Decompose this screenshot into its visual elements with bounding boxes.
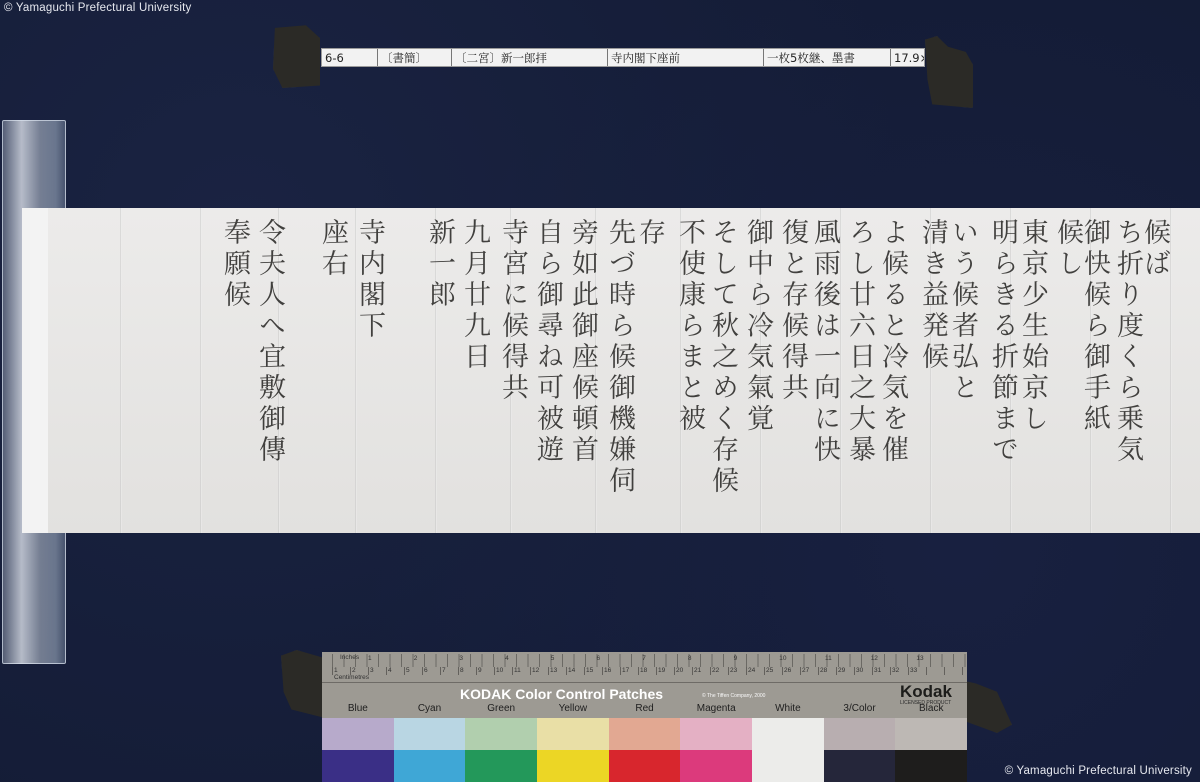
color-patch-3-color [824, 718, 896, 782]
ruler-inch-number: 5 [551, 655, 555, 662]
label-cell: 〔書簡〕 [378, 49, 452, 66]
paper-end-sheet [22, 208, 48, 533]
handwriting-column: 新一郎 [426, 218, 453, 312]
ruler-cm-number: 24 [748, 667, 755, 674]
ruler-cm-number: 18 [640, 667, 647, 674]
patch-light [609, 718, 681, 750]
patch-dark [465, 750, 537, 782]
patch-label: Black [895, 703, 967, 717]
ruler-cm-number: 21 [694, 667, 701, 674]
color-patches [322, 718, 967, 782]
handwriting-column: 寺宮に候得共 [499, 218, 526, 405]
ruler-inch-number: 6 [597, 655, 601, 662]
handwritten-letter: 候ばち折り度くら乗気御快候ら御手紙候し東京少生始京し明らきる折節までいう候者弘と… [22, 208, 1200, 533]
ruler-cm-number: 32 [892, 667, 899, 674]
ruler-inch-number: 3 [459, 655, 463, 662]
kodak-card-copyright: © The Tiffen Company, 2000 [702, 693, 765, 699]
handwriting-column: 寺内閣下 [356, 218, 383, 343]
color-patch-blue [322, 718, 394, 782]
ruler-cm-number: 14 [568, 667, 575, 674]
handwriting-column: 候し [1054, 218, 1081, 281]
handwriting-column: 清き益発候 [919, 218, 946, 374]
color-patch-magenta [680, 718, 752, 782]
patch-label: Cyan [394, 703, 466, 717]
kodak-logo: Kodak [900, 682, 952, 702]
ruler-cm-number: 20 [676, 667, 683, 674]
ruler-cm-number: 25 [766, 667, 773, 674]
handwriting-column: 座右 [319, 218, 346, 281]
patch-light [394, 718, 466, 750]
ruler-inch-number: 1 [368, 655, 372, 662]
catalog-label-strip: 6-6〔書簡〕〔二宮〕新一郎拝寺内閣下座前一枚5枚継、墨書17.9× [321, 48, 925, 67]
ruler-inch-number: 8 [688, 655, 692, 662]
ruler-inch-number: 10 [779, 655, 786, 662]
label-cell: 寺内閣下座前 [608, 49, 764, 66]
ruler-cm-number: 28 [820, 667, 827, 674]
ruler-cm-number: 16 [604, 667, 611, 674]
copyright-bottom: © Yamaguchi Prefectural University [1005, 765, 1192, 777]
ruler-cm-number: 5 [406, 667, 410, 674]
handwriting-column: 奉願候 [221, 218, 248, 312]
label-cell: 〔二宮〕新一郎拝 [452, 49, 608, 66]
handwriting-column: よ候ると冷気を催 [879, 218, 906, 467]
handwriting-column: 風雨後は一向に快 [811, 218, 838, 467]
handwriting-column: 九月廿九日 [461, 218, 488, 374]
ruler-inch-number: 7 [642, 655, 646, 662]
patch-label: Yellow [537, 703, 609, 717]
handwriting-column: 御快候ら御手紙 [1081, 218, 1108, 436]
handwriting-column: いう候者弘と [949, 218, 976, 405]
color-patch-cyan [394, 718, 466, 782]
ruler-inch-number: 4 [505, 655, 509, 662]
color-patch-white [752, 718, 824, 782]
handwriting-column: ち折り度くら乗気 [1114, 218, 1141, 467]
ruler-cm-number: 13 [550, 667, 557, 674]
handwriting-column: 復と存候得共 [779, 218, 806, 405]
patch-light [824, 718, 896, 750]
ruler-cm-number: 10 [496, 667, 503, 674]
ruler-cm-number: 31 [874, 667, 881, 674]
handwriting-column: 候ば [1141, 218, 1168, 281]
handwriting-column: そして秋之めく存候 [709, 218, 736, 498]
patch-light [322, 718, 394, 750]
ruler-cm-number: 29 [838, 667, 845, 674]
ruler: Inches Centimetres 123456789101112131234… [322, 652, 967, 683]
handwriting-column: 旁如此御座候頓首 [569, 218, 596, 467]
patch-light [895, 718, 967, 750]
handwriting-column: 存 [636, 218, 663, 250]
color-patch-black [895, 718, 967, 782]
ruler-cm-number: 1 [334, 667, 338, 674]
handwriting-column: ろし廿六日之大暴 [846, 218, 873, 467]
patch-dark [680, 750, 752, 782]
ruler-inch-number: 13 [916, 655, 923, 662]
patch-label: White [752, 703, 824, 717]
paper-fold-line [1170, 208, 1172, 533]
paper-fold-line [840, 208, 842, 533]
ruler-cm-number: 9 [478, 667, 482, 674]
ruler-cm-number: 8 [460, 667, 464, 674]
kodak-card-title: KODAK Color Control Patches [460, 686, 663, 702]
ruler-cm-number: 19 [658, 667, 665, 674]
color-patch-red [609, 718, 681, 782]
patch-label: Magenta [680, 703, 752, 717]
ruler-inch-number: 11 [825, 655, 832, 662]
ruler-cm-number: 7 [442, 667, 446, 674]
patch-dark [824, 750, 896, 782]
ruler-cm-number: 23 [730, 667, 737, 674]
patch-labels: BlueCyanGreenYellowRedMagentaWhite3/Colo… [322, 703, 967, 717]
patch-dark [537, 750, 609, 782]
patch-label: Green [465, 703, 537, 717]
handwriting-column: 東京少生始京し [1019, 218, 1046, 436]
patch-light [465, 718, 537, 750]
patch-dark [394, 750, 466, 782]
ruler-cm-number: 33 [910, 667, 917, 674]
handwriting-column: 御中ら冷気氣覚 [744, 218, 771, 436]
label-cell: 6-6 [322, 49, 378, 66]
ruler-cm-number: 11 [514, 667, 521, 674]
label-cell: 一枚5枚継、墨書 [764, 49, 891, 66]
ruler-inch-number: 12 [871, 655, 878, 662]
patch-light [680, 718, 752, 750]
ruler-cm-label: Centimetres [334, 674, 369, 681]
ruler-cm-number: 12 [532, 667, 539, 674]
ruler-inch-number: 9 [734, 655, 738, 662]
patch-label: 3/Color [824, 703, 896, 717]
ruler-cm-number: 30 [856, 667, 863, 674]
patch-label: Red [609, 703, 681, 717]
copyright-top: © Yamaguchi Prefectural University [4, 2, 191, 14]
ruler-cm-number: 26 [784, 667, 791, 674]
kodak-color-card: Inches Centimetres 123456789101112131234… [322, 652, 967, 782]
color-patch-green [465, 718, 537, 782]
ruler-cm-number: 27 [802, 667, 809, 674]
handwriting-column: 令夫人へ宜敷御傳 [256, 218, 283, 467]
ruler-cm-number: 3 [370, 667, 374, 674]
patch-light [752, 718, 824, 782]
ruler-cm-number: 17 [622, 667, 629, 674]
label-cell: 17.9× [891, 49, 924, 66]
color-patch-yellow [537, 718, 609, 782]
patch-dark [895, 750, 967, 782]
ruler-cm-number: 22 [712, 667, 719, 674]
patch-dark [609, 750, 681, 782]
handwriting-column: 明らきる折節まで [989, 218, 1016, 467]
patch-light [537, 718, 609, 750]
ruler-cm-number: 15 [586, 667, 593, 674]
ruler-cm-number: 2 [352, 667, 356, 674]
tape-top-left [273, 24, 320, 88]
paper-fold-line [120, 208, 122, 533]
patch-label: Blue [322, 703, 394, 717]
ruler-inches-label: Inches [340, 654, 359, 661]
ruler-cm-number: 4 [388, 667, 392, 674]
handwriting-column: 先づ時ら候御機嫌伺 [606, 218, 633, 498]
handwriting-column: 不使康らまと被 [676, 218, 703, 436]
patch-dark [322, 750, 394, 782]
handwriting-column: 自ら御尋ね可被遊 [534, 218, 561, 467]
paper-fold-line [200, 208, 202, 533]
ruler-inch-number: 2 [414, 655, 418, 662]
ruler-cm-number: 6 [424, 667, 428, 674]
